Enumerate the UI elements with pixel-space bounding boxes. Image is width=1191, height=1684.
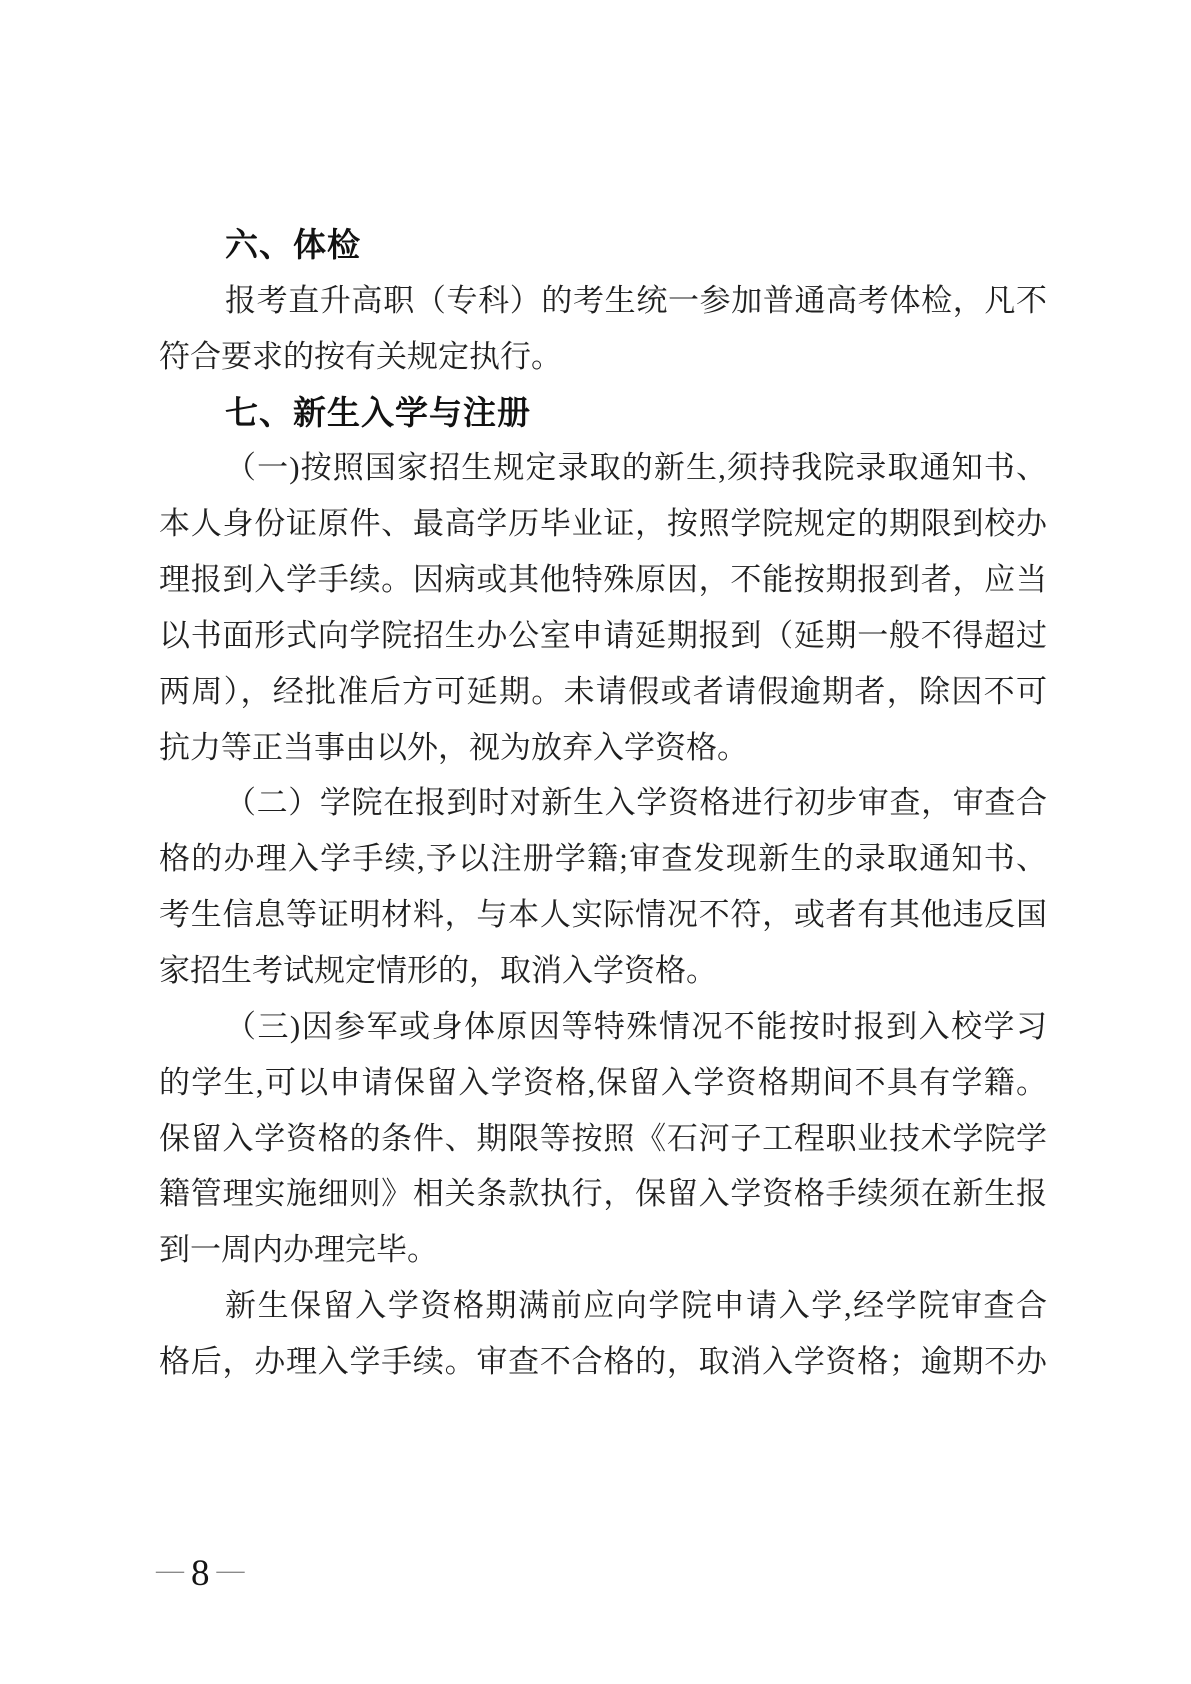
paragraph-line: （二）学院在报到时对新生入学资格进行初步审查，审查合 [159,775,1047,831]
paragraph-line: 两周），经批准后方可延期。未请假或者请假逾期者，除因不可 [159,664,1047,720]
paragraph-line: 理报到入学手续。因病或其他特殊原因，不能按期报到者，应当 [159,552,1047,608]
paragraph-line: （三)因参军或身体原因等特殊情况不能按时报到入校学习 [159,999,1047,1055]
paragraph-line: 本人身份证原件、最高学历毕业证，按照学院规定的期限到校办 [159,496,1047,552]
page-number-dash-right: — [217,1557,245,1585]
paragraph-line: 抗力等正当事由以外，视为放弃入学资格。 [159,720,1047,776]
paragraph-line: 报考直升高职（专科）的考生统一参加普通高考体检，凡不 [159,273,1047,329]
document-text-block: 六、体检 报考直升高职（专科）的考生统一参加普通高考体检，凡不 符合要求的按有关… [159,217,1047,1390]
paragraph-line: 格后，办理入学手续。审查不合格的，取消入学资格；逾期不办 [159,1334,1047,1390]
page-number: — 8 — [156,1551,245,1595]
paragraph-line: 以书面形式向学院招生办公室申请延期报到（延期一般不得超过 [159,608,1047,664]
paragraph-line: 保留入学资格的条件、期限等按照《石河子工程职业技术学院学 [159,1111,1047,1167]
paragraph-line: 符合要求的按有关规定执行。 [159,329,1047,385]
page-number-value: 8 [191,1555,210,1592]
paragraph-line: 考生信息等证明材料，与本人实际情况不符，或者有其他违反国 [159,887,1047,943]
paragraph-line: 到一周内办理完毕。 [159,1222,1047,1278]
paragraph-line: 家招生考试规定情形的，取消入学资格。 [159,943,1047,999]
paragraph-line: 格的办理入学手续,予以注册学籍;审查发现新生的录取通知书、 [159,831,1047,887]
document-page: 六、体检 报考直升高职（专科）的考生统一参加普通高考体检，凡不 符合要求的按有关… [0,0,1191,1684]
section-heading-7: 七、新生入学与注册 [159,385,1047,441]
page-number-dash-left: — [156,1557,184,1585]
paragraph-line: 的学生,可以申请保留入学资格,保留入学资格期间不具有学籍。 [159,1055,1047,1111]
paragraph-line: （一)按照国家招生规定录取的新生,须持我院录取通知书、 [159,440,1047,496]
paragraph-line: 籍管理实施细则》相关条款执行，保留入学资格手续须在新生报 [159,1166,1047,1222]
paragraph-line: 新生保留入学资格期满前应向学院申请入学,经学院审查合 [159,1278,1047,1334]
section-heading-6: 六、体检 [159,217,1047,273]
